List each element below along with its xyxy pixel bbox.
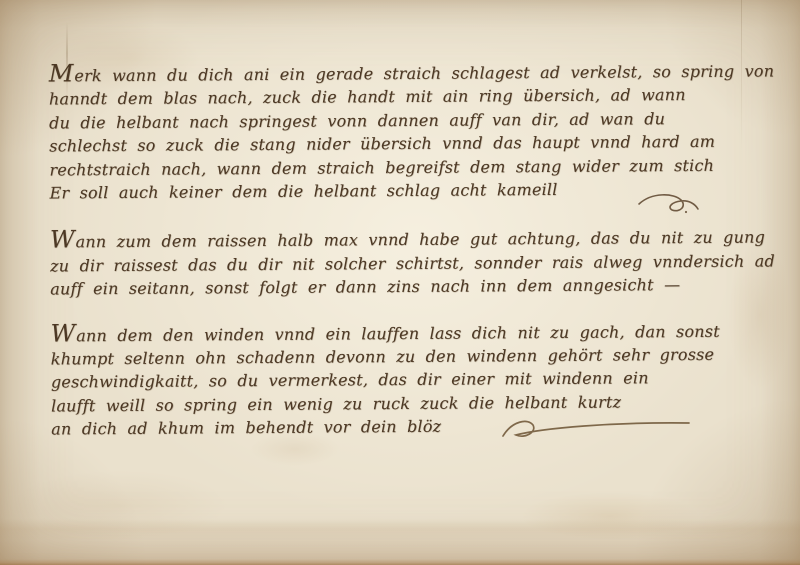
manuscript-line: rechtstraich nach, wann dem straich begr… bbox=[49, 153, 755, 181]
manuscript-page: Merk wann du dich ani ein gerade straich… bbox=[0, 0, 800, 565]
line-end-flourish-icon bbox=[636, 190, 702, 216]
manuscript-text-block: Merk wann du dich ani ein gerade straich… bbox=[49, 58, 758, 442]
pen-flourish-icon bbox=[498, 412, 693, 448]
paragraph-2: Wann zum dem raissen halb max vnnd habe … bbox=[50, 224, 756, 301]
manuscript-line: auff ein seitann, sonst folgt er dann zi… bbox=[50, 273, 756, 301]
page-bottom-edge bbox=[0, 559, 800, 565]
paper-discoloration-band bbox=[0, 518, 800, 540]
paragraph-1: Merk wann du dich ani ein gerade straich… bbox=[49, 58, 756, 205]
